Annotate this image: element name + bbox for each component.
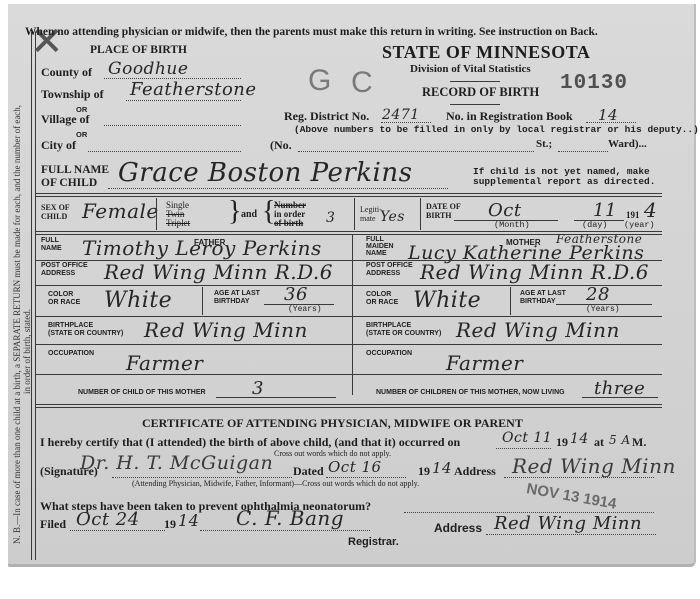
signature-field[interactable]: Dr. H. T. McGuigan [80,452,273,474]
brace-left: } [228,198,241,226]
sex-divider [156,198,157,230]
number-label-3: of birth [274,218,303,228]
legitimate-field[interactable]: Yes [380,209,405,225]
dob-year-prefix: 191 [626,210,640,220]
mother-race-line [352,316,662,317]
mother-age-unit: (Years) [586,305,620,314]
father-address-field[interactable]: Red Wing Minn R.D.6 [104,260,333,284]
division-title: Division of Vital Statistics [410,63,531,75]
children-living-field[interactable]: three [594,378,645,399]
section-rule [36,196,662,197]
dated-field[interactable]: Oct 16 [328,458,382,476]
father-age-label-1: AGE AT LAST [214,290,260,298]
father-race-label-1: COLOR [48,291,73,299]
dob-month-label: (Month) [494,220,530,230]
father-age-label-2: BIRTHDAY [214,298,250,306]
cert-address-field[interactable]: Red Wing Minn [512,454,676,478]
mother-race-field[interactable]: White [413,288,481,313]
registrar-label: Registrar. [348,536,399,548]
father-name-field[interactable]: Timothy Leroy Perkins [82,236,322,260]
filed-dotted-line [70,530,165,531]
father-race-line [36,316,352,317]
dob-label-2: BIRTH [426,212,452,220]
occurred-date-field[interactable]: Oct 11 [502,430,552,446]
city-field[interactable] [88,151,241,152]
time-suffix: M. [632,435,646,450]
township-dotted-line [126,100,241,101]
dated-year-field[interactable]: 14 [432,459,452,477]
header-rule-2 [450,104,500,105]
place-of-birth-heading: PLACE OF BIRTH [90,44,187,56]
reg-district-label: Reg. District No. [284,109,369,124]
father-birthplace-label-2: (STATE OR COUNTRY) [48,330,123,338]
mother-age-label-2: BIRTHDAY [520,298,556,306]
or-label-2: OR [76,130,87,139]
sex-field[interactable]: Female [82,199,159,223]
father-birthplace-line [36,344,352,345]
mother-occupation-line [352,374,662,375]
signature-dotted-line [112,477,292,478]
side-margin-line-1: N. B.—In case of more than one child at … [12,105,22,544]
mother-birthplace-line [352,344,662,345]
registration-note: (Above numbers to be filled in only by l… [294,124,699,135]
filing-address-label: Address [434,521,482,535]
legitimate-label-2: mate [360,215,376,223]
street-label: St.; [536,138,552,150]
filed-year-prefix: 19 [164,517,176,532]
mother-age-field[interactable]: 28 [586,284,610,305]
township-label: Township of [41,87,104,102]
father-occupation-line [36,374,352,375]
record-title: RECORD OF BIRTH [422,85,539,100]
legitimate-label-1: Legiti- [360,206,382,214]
street-field[interactable] [298,151,534,152]
dob-year-field[interactable]: 4 [644,198,657,222]
triplet-label: Triplet [166,218,190,228]
reg-district-field[interactable]: 2471 [382,107,420,123]
section-rule [36,404,662,405]
at-label: at [594,435,604,450]
filing-address-dotted-line [486,534,656,535]
section-rule [36,407,662,408]
received-stamp: NOV 13 1914 [525,480,617,513]
child-of-mother-label: NUMBER OF CHILD OF THIS MOTHER [78,389,206,397]
dob-day-field[interactable]: 11 [593,200,617,221]
ward-label: Ward)... [608,138,647,150]
ward-field[interactable] [558,151,608,152]
father-occupation-field[interactable]: Farmer [126,351,203,375]
father-address-label-2: ADDRESS [41,270,75,278]
section-rule [36,193,662,194]
township-field[interactable]: Featherstone [130,79,257,100]
registrar-dotted-line [200,530,370,531]
filed-label: Filed [40,517,66,532]
dated-year-prefix: 19 [418,464,430,479]
time-field[interactable]: 5 A [609,433,631,447]
dated-label: Dated [293,464,324,479]
father-age-divider [202,287,203,315]
street-no-label: (No. [270,138,292,153]
state-title: STATE OF MINNESOTA [382,42,590,63]
village-field[interactable] [104,125,241,126]
mother-race-label-2: OR RACE [366,299,398,307]
filing-address-field[interactable]: Red Wing Minn [494,513,642,534]
mother-birthplace-field[interactable]: Red Wing Minn [456,318,620,342]
cert-address-label: Address [454,464,496,479]
role-note: (Attending Physician, Midwife, Father, I… [132,479,419,488]
parents-divider [352,235,353,395]
side-margin-line-2: in order of birth, stated. [22,309,32,394]
side-margin-note-2: in order of birth, stated. [22,309,32,394]
legitimate-divider-left [354,198,355,230]
registrar-signature-field[interactable]: C. F. Bang [236,506,344,530]
mother-name-label-3: NAME [366,250,387,258]
mother-birthplace-label-1: BIRTHPLACE [366,322,411,330]
certify-text: I hereby certify that (I attended) the b… [40,435,460,450]
father-race-field[interactable]: White [104,288,172,313]
certificate-heading: CERTIFICATE OF ATTENDING PHYSICIAN, MIDW… [142,416,523,431]
child-name-dotted-line [108,188,448,189]
reg-book-label: No. in Registration Book [446,109,573,124]
father-name-label-2: NAME [41,245,62,253]
unnamed-note-2: supplemental report as directed. [473,176,655,187]
dob-year-label: (year) [624,220,655,230]
mother-age-divider [510,287,511,315]
village-label: Village of [41,112,90,127]
mother-address-line [352,285,662,286]
child-of-mother-field[interactable]: 3 [252,378,264,399]
mother-address-label-1: POST OFFICE [366,262,413,270]
child-of-mother-line [216,397,336,398]
city-label: City of [41,138,76,153]
father-address-label-1: POST OFFICE [41,262,88,270]
birth-certificate-document: N. B.—In case of more than one child at … [8,4,696,567]
filed-year-field[interactable]: 14 [178,511,199,530]
and-label: and [241,209,257,220]
sex-label-2: CHILD [41,213,67,221]
mother-birthplace-label-2: (STATE OR COUNTRY) [366,330,441,338]
mother-address-field[interactable]: Red Wing Minn R.D.6 [420,260,649,284]
filed-date-field[interactable]: Oct 24 [76,509,140,530]
father-name-label-1: FULL [41,237,59,245]
child-name-field[interactable]: Grace Boston Perkins [118,158,412,188]
father-occupation-label: OCCUPATION [48,350,94,358]
mother-occupation-field[interactable]: Farmer [446,351,523,375]
pencil-mark-g: G [308,64,331,98]
county-label: County of [41,65,92,80]
pencil-mark-c: C [351,66,373,100]
margin-rule-right [35,32,36,560]
dob-month-field[interactable]: Oct [488,200,522,221]
occurred-dotted-line [496,448,551,449]
dob-day-label: (day) [582,220,608,230]
father-age-field[interactable]: 36 [284,284,308,305]
county-field[interactable]: Goodhue [108,59,188,79]
father-birthplace-label-1: BIRTHPLACE [48,322,93,330]
instruction-text: When no attending physician or midwife, … [25,26,598,38]
sex-label-1: SEX OF [41,204,70,212]
mother-race-label-1: COLOR [366,291,391,299]
side-margin-note: N. B.—In case of more than one child at … [12,105,22,544]
cross-out-note: Cross out words which do not apply. [274,449,391,458]
header-rule-1 [450,81,500,82]
legitimate-divider-right [420,198,421,230]
father-race-label-2: OR RACE [48,299,80,307]
occurred-year-field[interactable]: 14 [570,431,589,447]
birth-order-field[interactable]: 3 [326,210,335,226]
occurred-year-prefix: 19 [556,435,568,450]
father-birthplace-field[interactable]: Red Wing Minn [144,318,308,342]
father-age-unit: (Years) [288,305,322,314]
mother-occupation-label: OCCUPATION [366,350,412,358]
margin-rule-left [31,32,32,560]
dated-dotted-line [326,477,406,478]
mother-address-label-2: ADDRESS [366,270,400,278]
child-name-label-2: OF CHILD [41,177,97,189]
child-name-label-1: FULL NAME [41,164,109,176]
dob-label-1: DATE OF [426,203,461,211]
reg-book-field[interactable]: 14 [598,106,618,124]
children-living-label: NUMBER OF CHILDREN OF THIS MOTHER, NOW L… [376,389,565,397]
mother-age-label-1: AGE AT LAST [520,290,566,298]
certificate-number: 10130 [560,72,628,95]
